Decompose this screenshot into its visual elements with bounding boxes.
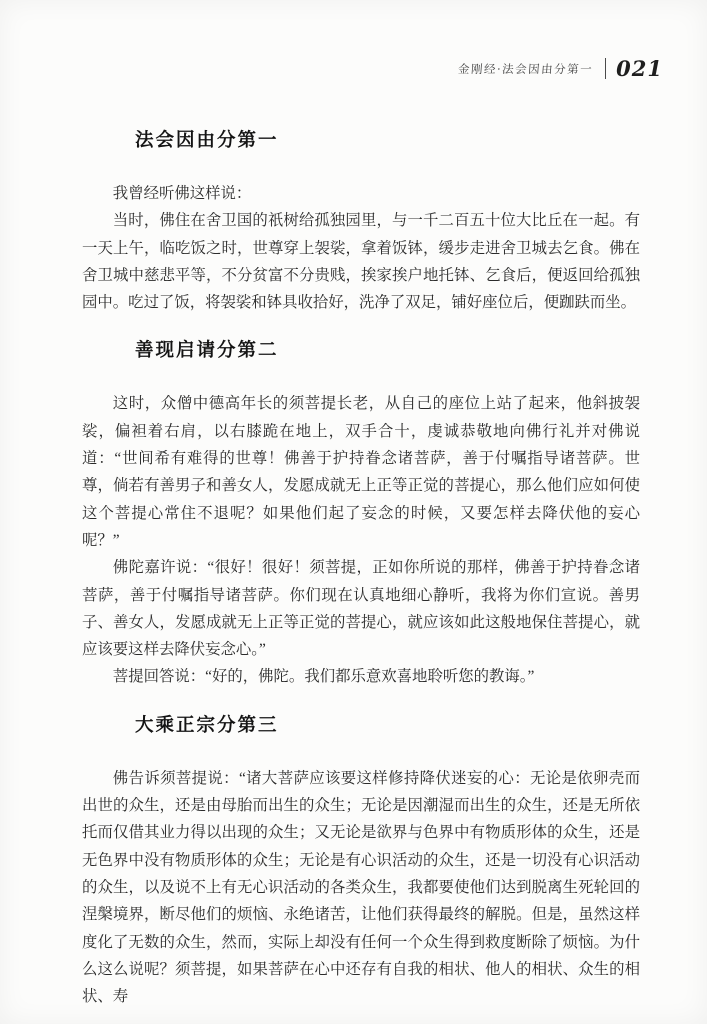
- page-number: 021: [616, 56, 663, 81]
- section-heading-2: 善现启请分第二: [135, 338, 640, 364]
- section-2-paragraph-2: 佛陀嘉许说：“很好！很好！须菩提，正如你所说的那样，佛善于护持眷念诸菩萨，善于付…: [82, 554, 640, 663]
- book-page: 金刚经·法会因由分第一 021 法会因由分第一 我曾经听佛这样说： 当时，佛住在…: [0, 0, 707, 1024]
- section-1-paragraph-2: 当时，佛住在舍卫国的祇树给孤独园里，与一千二百五十位大比丘在一起。有一天上午，临…: [82, 207, 640, 316]
- section-heading-1: 法会因由分第一: [135, 128, 640, 154]
- running-title: 金刚经·法会因由分第一: [457, 61, 593, 77]
- section-2-paragraph-3: 菩提回答说：“好的，佛陀。我们都乐意欢喜地聆听您的教诲。”: [82, 663, 640, 690]
- section-heading-3: 大乘正宗分第三: [135, 713, 640, 739]
- page-header: 金刚经·法会因由分第一 021: [458, 56, 663, 81]
- section-1-paragraph-1: 我曾经听佛这样说：: [82, 180, 640, 207]
- page-content: 法会因由分第一 我曾经听佛这样说： 当时，佛住在舍卫国的祇树给孤独园里，与一千二…: [82, 128, 640, 1010]
- section-3-paragraph-1: 佛告诉须菩提说：“诸大菩萨应该要这样修持降伏迷妄的心：无论是依卵壳而出世的众生，…: [82, 765, 640, 1011]
- header-divider: [605, 58, 606, 79]
- section-2-paragraph-1: 这时，众僧中德高年长的须菩提长老，从自己的座位上站了起来，他斜披袈裟，偏袒着右肩…: [82, 390, 640, 554]
